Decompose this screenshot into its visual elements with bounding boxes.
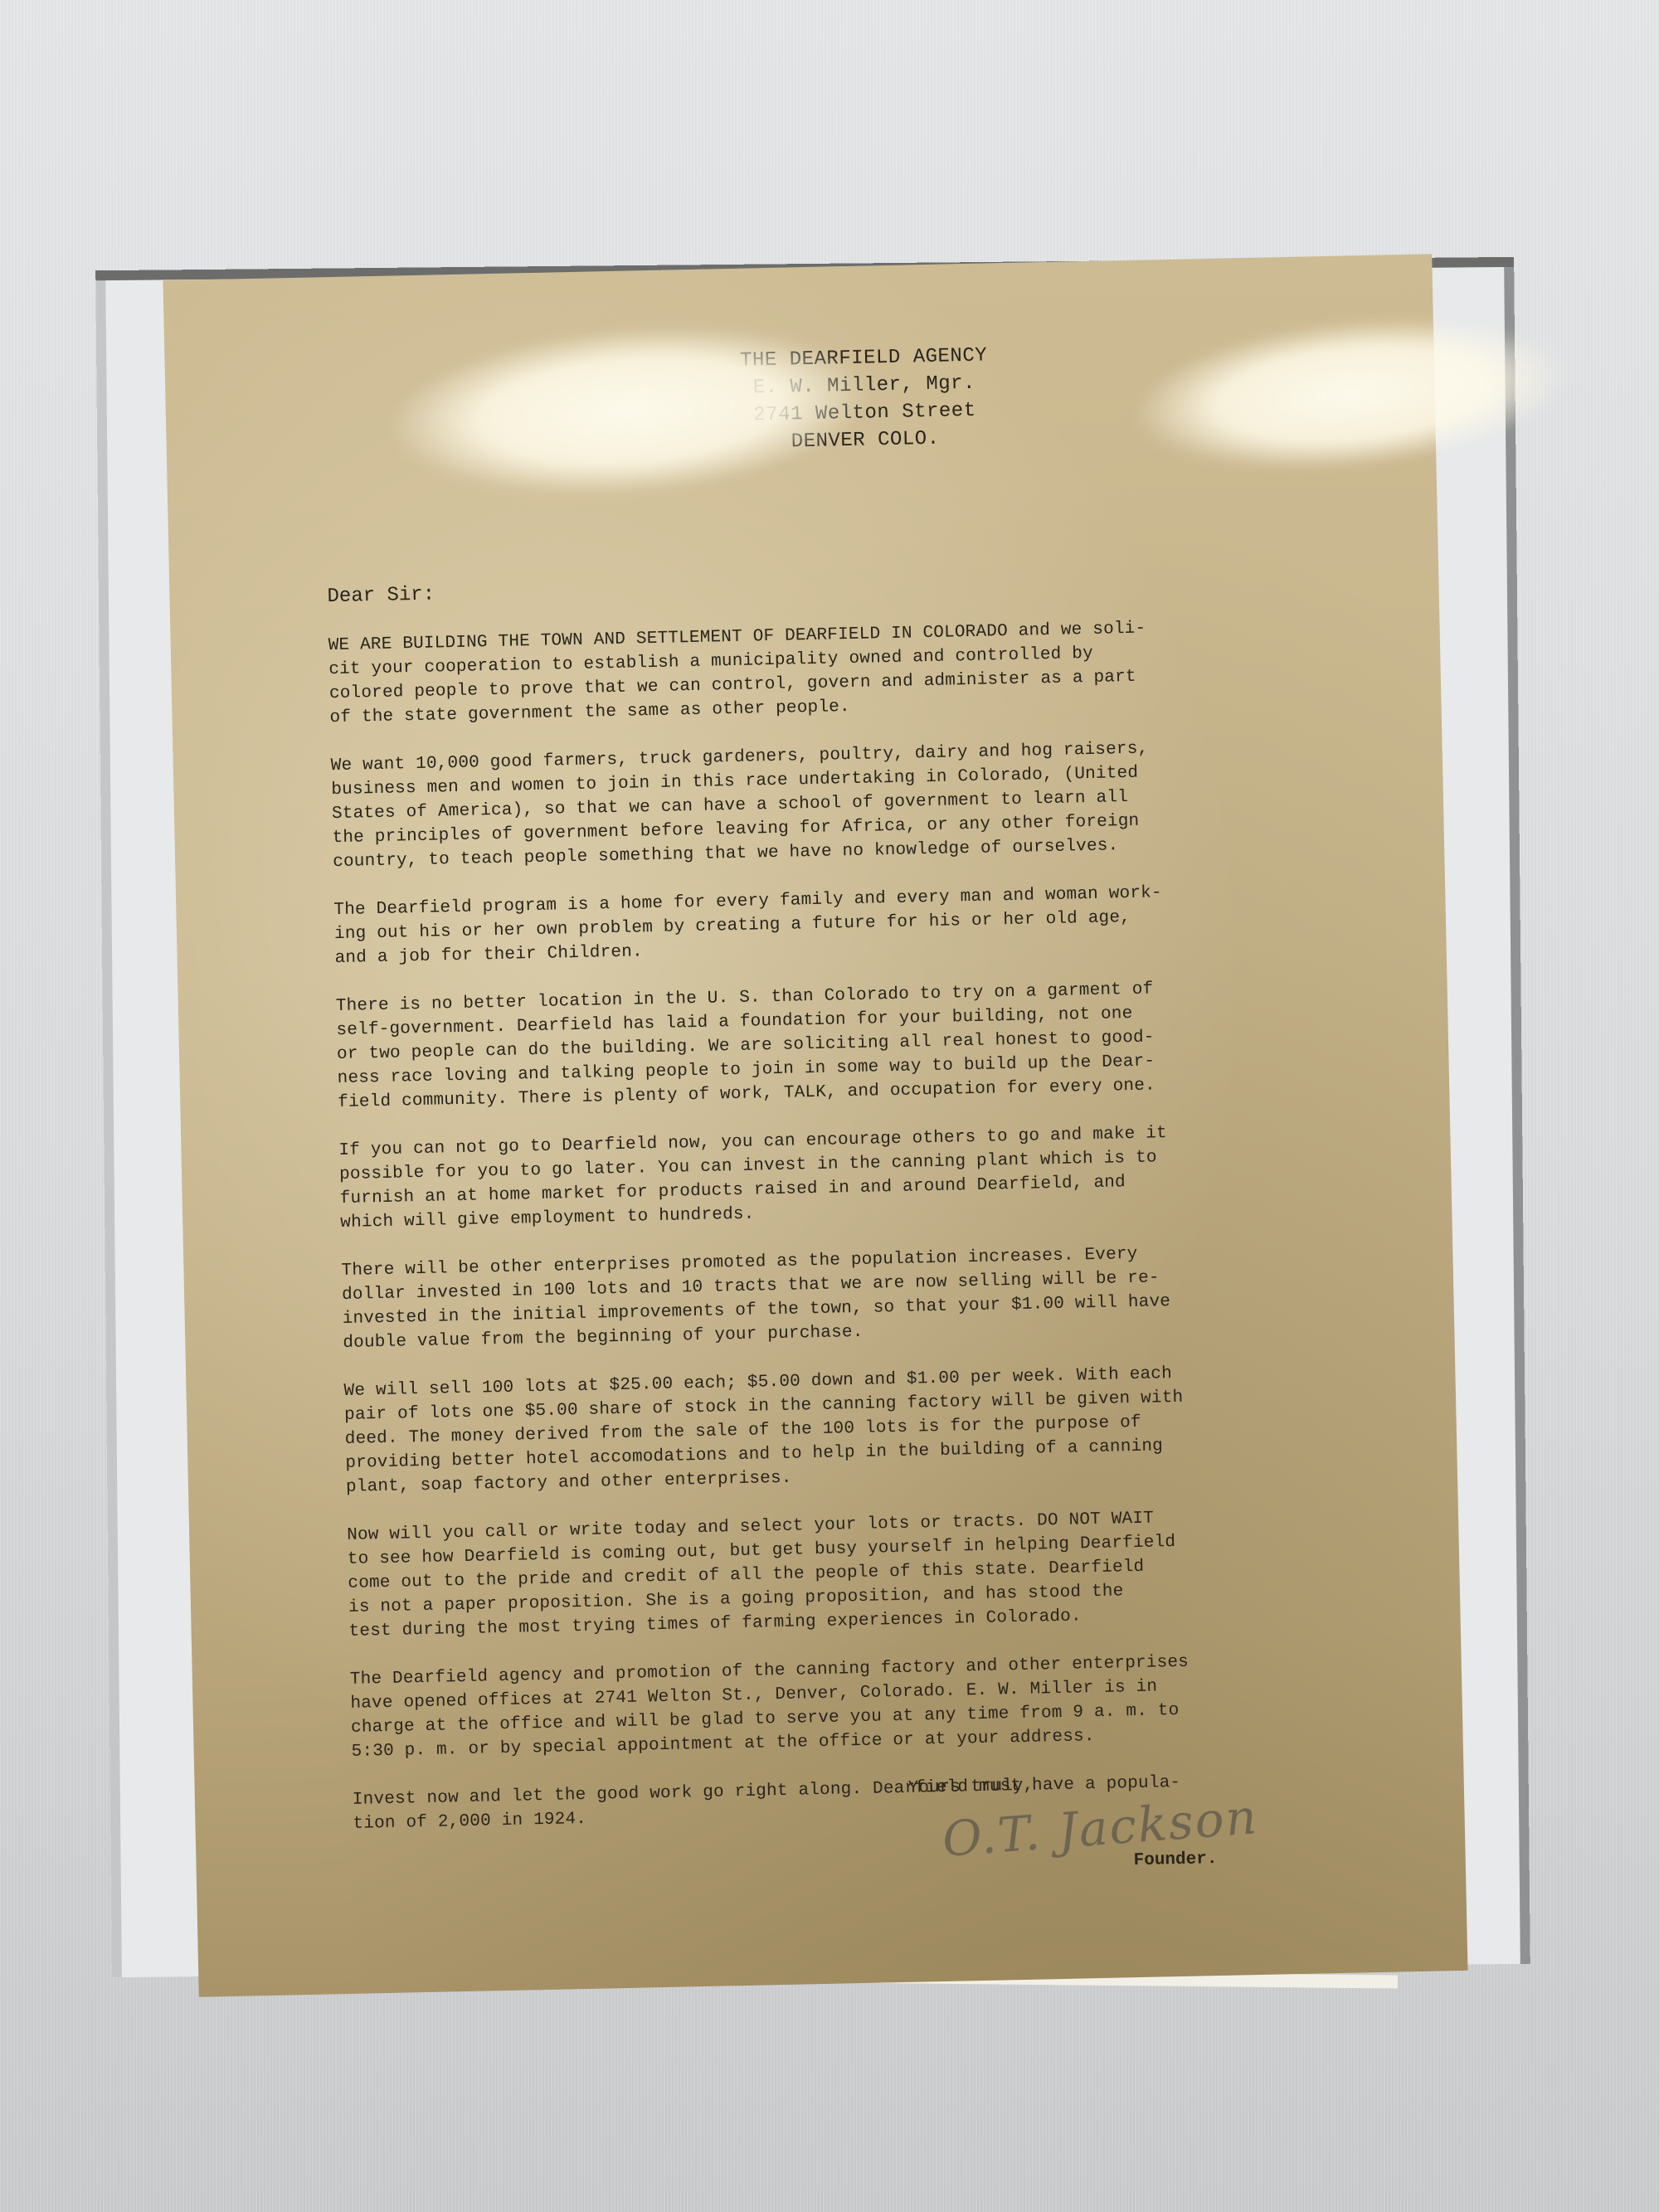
paragraph: The Dearfield agency and promotion of th…	[350, 1648, 1306, 1764]
letter-body: WE ARE BUILDING THE TOWN AND SETTLEMENT …	[328, 614, 1307, 1860]
paragraph: We want 10,000 good farmers, truck garde…	[330, 734, 1287, 874]
paragraph: If you can not go to Dearfield now, you …	[338, 1119, 1294, 1235]
letterhead: THE DEARFIELD AGENCY E. W. Miller, Mgr. …	[164, 333, 1435, 469]
paragraph: There is no better location in the U. S.…	[336, 975, 1292, 1115]
framed-letter: THE DEARFIELD AGENCY E. W. Miller, Mgr. …	[163, 254, 1467, 1997]
paragraph: Now will you call or write today and sel…	[347, 1504, 1303, 1644]
paragraph: WE ARE BUILDING THE TOWN AND SETTLEMENT …	[328, 614, 1283, 730]
paragraph: There will be other enterprises promoted…	[341, 1239, 1297, 1355]
closing: Yours truly,	[908, 1777, 1034, 1798]
salutation: Dear Sir:	[327, 583, 435, 608]
paragraph: We will sell 100 lots at $25.00 each; $5…	[343, 1359, 1300, 1500]
paragraph: The Dearfield program is a home for ever…	[333, 878, 1289, 970]
signer-title: Founder.	[1133, 1850, 1217, 1870]
